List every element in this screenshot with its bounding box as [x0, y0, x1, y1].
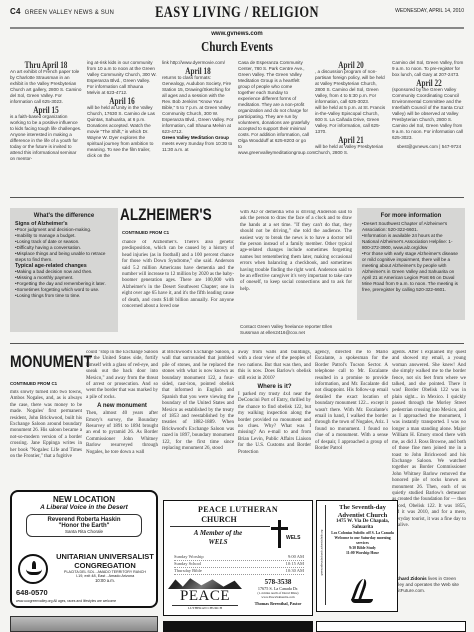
congregation-name: CONGREGATION	[52, 561, 158, 570]
welcome-line: Welcome to our Saturday morning services	[328, 536, 397, 546]
peace-logo: PEACE LUTHERAN CHURCH	[168, 577, 242, 611]
event-date-heading: April 18	[169, 68, 227, 74]
event-text: meets every Sunday from 10:30 to 11:30 a…	[162, 141, 234, 153]
events-column-2: ing at-risk kids in our community from 1…	[87, 60, 157, 159]
event-text: will be held at 5 p.m. at St. Francis in…	[315, 105, 387, 135]
chalice-icon	[18, 554, 48, 584]
cross-icon	[278, 520, 281, 548]
byline-credit: sbest@gvnews.com | 547-9724	[392, 144, 466, 150]
events-column-6: Camino del Sol, Green Valley, from 9 a.m…	[392, 60, 466, 150]
continued-label: CONTINUED FROM C1	[10, 381, 57, 386]
event-date-heading: April 15	[17, 107, 75, 113]
cross-icon	[271, 527, 288, 530]
events-column-5: April 20 , a discussion program of non-p…	[315, 60, 387, 156]
events-column-3: link http://www.dyermovie.com/ April 18 …	[162, 60, 234, 153]
service-time: 10:00 a.m.	[52, 578, 158, 583]
list-item: •Misplace things and being unable to ret…	[15, 251, 113, 263]
sda-text: The Seventh-day Adventist Church 1475 W.…	[328, 504, 397, 556]
section-divider	[10, 343, 464, 344]
events-column-4: Casa de Esperanza Community Center, 780 …	[238, 60, 310, 156]
schedule-label: Thursday Bible	[174, 568, 202, 574]
contact-line: Contact Green Valley freelance reporter …	[240, 324, 352, 336]
logo-subtext: LUTHERAN CHURCH	[172, 605, 238, 610]
church-events-title: Church Events	[47, 40, 426, 56]
peace-lutheran-ad[interactable]: PEACE LUTHERAN CHURCH A Member of the WE…	[163, 500, 313, 616]
event-name: Green Valley Meditation Group	[162, 135, 229, 140]
divider	[170, 526, 270, 527]
difference-sidebar: What's the difference Signs of Alzheimer…	[10, 208, 118, 332]
event-date-heading: April 16	[94, 98, 150, 104]
event-text: is a faith-based organization working to…	[10, 114, 82, 162]
ad-footer: www.uucgreenvalley.org All ages, races a…	[16, 599, 116, 603]
alzheimers-column-1: chance of Alzheimer's. There's also gene…	[122, 240, 234, 335]
event-text: , a discussion program of non-partisan f…	[315, 69, 387, 105]
event-text: Camino del Sol, Green Valley, from 9 a.m…	[392, 60, 466, 78]
sermon-box: Reverend Roberta Haskin "Honor the Earth…	[26, 514, 142, 537]
event-text: (sponsored by the Green Valley Community…	[392, 87, 466, 141]
monument-column-4: away from walls and buildings, with a cl…	[238, 350, 311, 486]
monument-column-6: agents. After I explained my quest and s…	[392, 350, 466, 612]
list-item: •Desert Southwest Chapter of Alzheimer's…	[362, 221, 460, 233]
site-url[interactable]: www.gvnews.com	[0, 31, 474, 37]
monument-headline: MONUMENT	[10, 352, 92, 372]
pastor-name: Thomas Berenthal, Pastor	[244, 601, 312, 606]
section-title: EASY LIVING / RELIGION	[52, 4, 422, 22]
issue-date: WEDNESDAY, APRIL 14, 2010	[395, 8, 464, 14]
wels-logo-label: WELS	[286, 535, 300, 541]
side-url-strip: greenvalleysdachurch.adventistfaith.org	[318, 505, 326, 605]
ad-phone: 648-0570	[16, 588, 48, 597]
dark-banner-ad[interactable]	[163, 621, 313, 632]
schedule-label: Sunday Worship	[174, 554, 204, 560]
unitarian-ad[interactable]: NEW LOCATION A Liberal Voice in the Dese…	[10, 490, 158, 608]
event-text: will be held at Unity in the Valley Chur…	[87, 105, 157, 159]
side-url: greenvalleysdachurch.adventistfaith.org	[321, 505, 324, 601]
schedule-time: 10:30 AM	[286, 568, 304, 574]
ad-phone: 578-3538	[244, 578, 312, 586]
article-subhead: A new monument	[86, 403, 158, 409]
seventh-day-adventist-ad[interactable]: greenvalleysdachurch.adventistfaith.org …	[316, 500, 398, 612]
ad-tagline: A Liberal Voice in the Desert	[12, 504, 156, 511]
event-date-heading: April 21	[322, 137, 380, 143]
ad-website[interactable]: www.PeaceSahuarita.com	[244, 595, 312, 599]
wels-label: WELS	[164, 538, 272, 546]
page-number: C4	[10, 7, 21, 16]
monument-column-2: could "stop in the Exchange Saloon on th…	[86, 350, 158, 486]
congregation-name: UNITARIAN UNIVERSALIST	[52, 552, 158, 561]
event-text: An art exhibit of French paper tole by C…	[10, 69, 82, 105]
schedule-time: 10:15 AM	[286, 561, 304, 567]
monument-column-5: agency, directed me to Mario Escalante, …	[315, 350, 388, 486]
sda-flame-icon	[351, 579, 373, 605]
event-date-heading: April 22	[399, 80, 458, 86]
event-text: will be held at Valley Presbyterian Chur…	[315, 144, 387, 156]
article-text: away from walls and buildings, with a cl…	[238, 350, 311, 382]
event-date-heading: Thru April 18	[17, 62, 75, 68]
choir-name: Santa Rita Chorale	[29, 529, 139, 534]
article-text: agents. After I explained my quest and s…	[392, 350, 466, 572]
church-name: The Seventh-day Adventist Church	[328, 504, 397, 519]
event-text: returns to class formats: Genealogy, Aud…	[162, 75, 234, 135]
event-date-heading: April 20	[322, 62, 380, 68]
church-name: PEACE LUTHERAN	[164, 505, 312, 514]
section-divider	[10, 197, 464, 198]
contact-block: 578-3538 17675 S. La Canada Dr. (1.4 mil…	[244, 578, 312, 606]
monument-column-3: at Brickwood's Exchange Saloon, a wall t…	[162, 350, 234, 486]
events-column-1: Thru April 18 An art exhibit of French p…	[10, 60, 82, 162]
sidebar-title: For more information	[362, 213, 460, 219]
bordered-ad[interactable]	[316, 621, 466, 632]
alzheimers-column-2: with AD or dementia who is driving Ander…	[240, 210, 352, 320]
logo-text: PEACE	[168, 588, 242, 605]
list-item: •Information is available 24 hours at th…	[362, 233, 460, 251]
continued-label: CONTINUED FROM C1	[122, 230, 169, 235]
article-text: Then, almost 40 years after Emory's surv…	[86, 411, 158, 456]
ad-headline: NEW LOCATION	[12, 495, 156, 504]
member-line: A Member of the	[164, 529, 272, 537]
schedule-label: Sunday School	[174, 561, 201, 567]
church-photo-ad[interactable]	[10, 616, 158, 632]
alzheimers-headline: ALZHEIMER'S	[120, 205, 212, 225]
more-info-sidebar: For more information •Desert Southwest C…	[357, 208, 465, 320]
article-subhead: Where is it?	[238, 384, 311, 390]
church-name: CHURCH	[164, 515, 274, 524]
service-time: 11:00 Worship Hour	[328, 551, 397, 556]
schedule-time: 9:00 AM	[288, 554, 304, 560]
event-text: ing at-risk kids in our community from 1…	[87, 60, 157, 96]
sidebar-title: What's the difference	[15, 213, 113, 219]
header-divider	[10, 27, 464, 29]
list-item: •For those with early stage Alzheimer's …	[362, 251, 460, 293]
schedule-list: Sunday Worship9:00 AM Sunday School10:15…	[174, 554, 304, 575]
article-text: I parked my trusty 4x4 near the DeConcin…	[238, 392, 311, 456]
list-item: •Losing things from time to time.	[15, 293, 113, 299]
event-text: Casa de Esperanza Community Center, 780 …	[238, 60, 310, 156]
ad-address: 1475 W. Via De Chapala, Sahuarita	[328, 519, 397, 531]
monument-column-1: mits slowly turned into two towns, Ambos…	[10, 390, 82, 486]
article-text: could "stop in the Exchange Saloon on th…	[86, 350, 158, 401]
